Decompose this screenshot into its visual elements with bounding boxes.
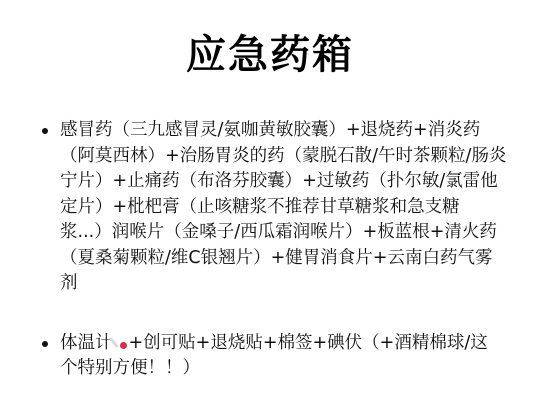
text-line: 宁片）+止痛药（布洛芬胶囊）+过敏药（扑尔敏/氯雷他 (60, 169, 518, 195)
text-line: （夏桑菊颗粒/维C银翘片）+健胃消食片+云南白药气雾 (60, 246, 518, 272)
text-line: 剂 (60, 271, 518, 297)
text-line: 个特别方便！！） (60, 356, 518, 382)
list-item-supplies: 体温计+创可贴+退烧贴+棉签+碘伏（+酒精棉球/这 个特别方便！！） (0, 331, 540, 382)
text-line: 定片）+枇杷膏（止咳糖浆不推荐甘草糖浆和急支糖 (60, 195, 518, 221)
text-line: （阿莫西林）+治肠胃炎的药（蒙脱石散/午时茶颗粒/肠炎 (60, 144, 518, 170)
supplies-text: +创可贴+退烧贴+棉签+碘伏（+酒精棉球/这 (129, 333, 488, 353)
bullet-icon (42, 341, 48, 347)
page-title: 应急药箱 (0, 30, 540, 80)
text-line: 体温计+创可贴+退烧贴+棉签+碘伏（+酒精棉球/这 (60, 331, 518, 357)
list-item-medicines: 感冒药（三九感冒灵/氨咖黄敏胶囊）+退烧药+消炎药 （阿莫西林）+治肠胃炎的药（… (0, 118, 540, 297)
text-line: 感冒药（三九感冒灵/氨咖黄敏胶囊）+退烧药+消炎药 (60, 118, 518, 144)
thermometer-label: 体温计 (60, 333, 113, 353)
bullet-icon (42, 128, 48, 134)
thermometer-icon (114, 334, 128, 350)
text-line: 浆...）润喉片（金嗓子/西瓜霜润喉片）+板蓝根+清火药 (60, 220, 518, 246)
medicine-list: 感冒药（三九感冒灵/氨咖黄敏胶囊）+退烧药+消炎药 （阿莫西林）+治肠胃炎的药（… (0, 118, 540, 382)
